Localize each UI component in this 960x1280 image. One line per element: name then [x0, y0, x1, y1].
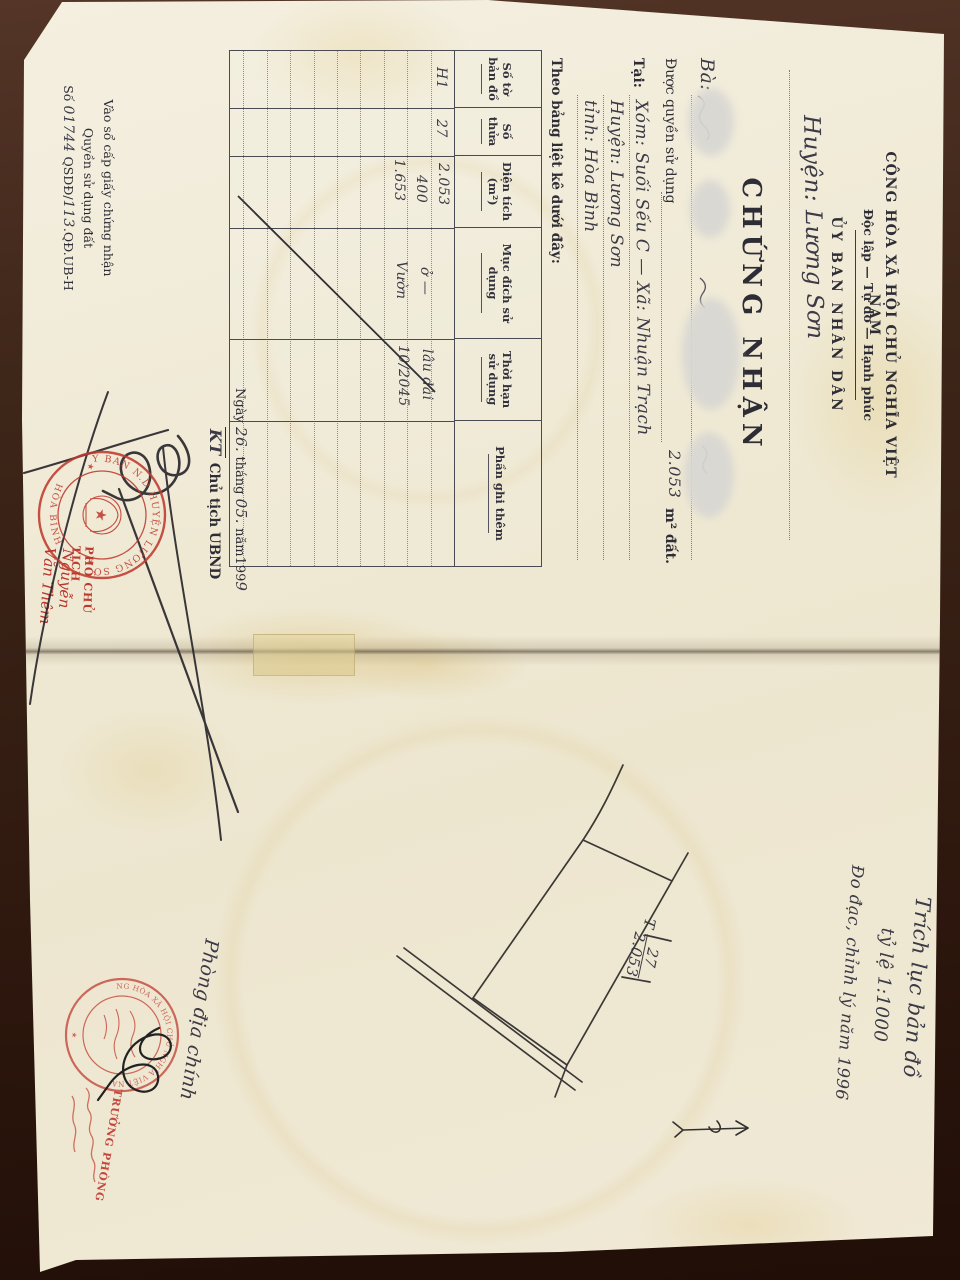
stamp-center-star: ★ — [92, 508, 110, 521]
photo-of-document: { "document": { "page1": { "national_hea… — [0, 0, 960, 1280]
document-rotated-content: CỘNG HÒA XÃ HỘI CHỦ NGHĨA VIỆT NAM Độc l… — [0, 0, 960, 1280]
photo-frame: CỘNG HÒA XÃ HỘI CHỦ NGHĨA VIỆT NAM Độc l… — [0, 0, 960, 1280]
stamp-star-left: ★ — [86, 463, 95, 470]
stamp2-inner-text-squiggles — [104, 1009, 135, 1059]
stamp-star-right: ★ — [86, 559, 95, 566]
tape-patch — [253, 634, 355, 676]
north-arrow-icon — [673, 1121, 748, 1137]
stamp-ring-bottom-text: HÒA BÌNH — [47, 482, 64, 549]
parcel-map-sketch — [397, 765, 688, 1097]
certificate-paper: CỘNG HÒA XÃ HỘI CHỦ NGHĨA VIỆT NAM Độc l… — [0, 0, 960, 1280]
boundary-extension — [672, 853, 688, 881]
ink-overlay: UỶ BAN N.D HUYỆN LƯƠNG SƠN HÒA BÌNH ★ ★ … — [0, 0, 960, 1280]
table-void-slash — [238, 196, 435, 392]
boundary-extension-curve — [583, 765, 623, 840]
stamp2-bottom-star: ★ — [70, 1032, 78, 1038]
svg-text:HÒA BÌNH: HÒA BÌNH — [47, 482, 64, 549]
boundary-tick — [622, 977, 650, 982]
chief-name-scribble — [72, 1088, 95, 1182]
boundary-tick — [645, 935, 671, 941]
road-line — [397, 956, 575, 1090]
district-ubnd-stamp: UỶ BAN N.D HUYỆN LƯƠNG SƠN HÒA BÌNH ★ ★ … — [39, 451, 165, 578]
parcel-boundary — [473, 840, 672, 1065]
